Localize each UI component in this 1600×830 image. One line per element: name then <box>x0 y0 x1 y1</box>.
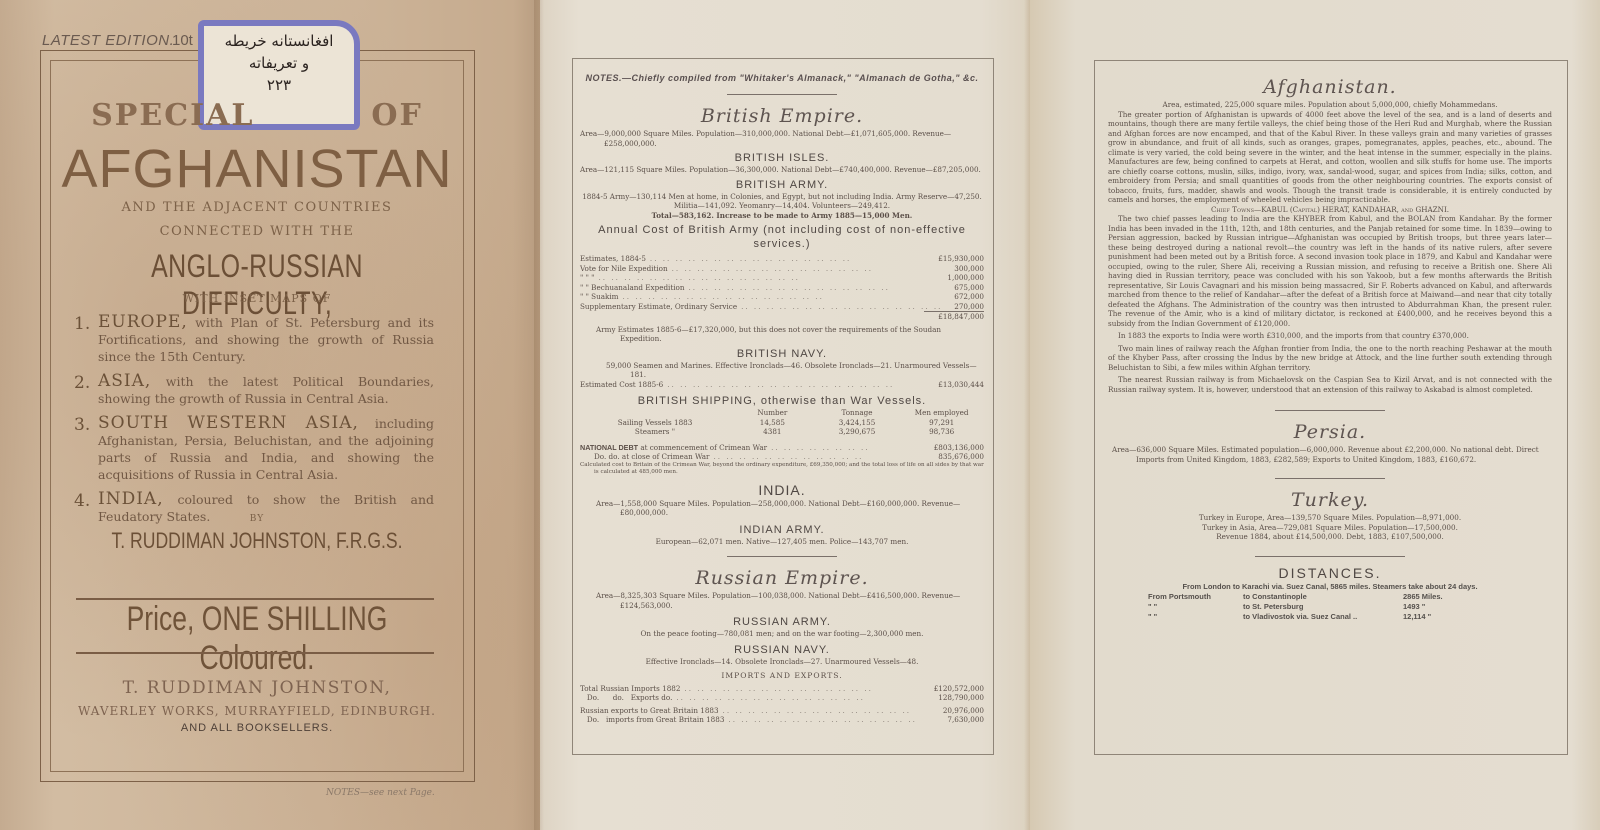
afghanistan-paragraph-2: The two chief passes leading to India ar… <box>1108 214 1552 328</box>
divider <box>1275 410 1385 411</box>
leader-dots: .. .. .. .. .. .. .. .. .. .. .. .. .. .… <box>668 264 955 274</box>
distance-from: " " <box>1148 602 1243 612</box>
countries-page: Afghanistan. Area, estimated, 225,000 sq… <box>1030 0 1600 830</box>
item-heading: EUROPE, <box>98 312 188 332</box>
publisher-name: T. RUDDIMAN JOHNSTON, <box>52 678 462 698</box>
by-label: BY <box>52 514 462 524</box>
cost-row: Vote for Nile Expedition.. .. .. .. .. .… <box>580 264 984 274</box>
leader-dots: .. .. .. .. .. .. .. .. .. .. .. .. .. .… <box>619 292 955 302</box>
debt-row: Do. do. at close of Crimean War.. .. .. … <box>580 452 984 462</box>
notes-page: NOTES.—Chiefly compiled from "Whitaker's… <box>540 0 1030 830</box>
inset-maps-list: 1. EUROPE, with Plan of St. Petersburg a… <box>74 314 434 533</box>
trade-row: Do. do. Exports do... .. .. .. .. .. .. … <box>580 693 984 703</box>
russian-navy-text: Effective Ironclads—14. Obsolete Ironcla… <box>580 657 984 667</box>
trade-row: Do. imports from Great Britain 1883.. ..… <box>580 715 984 725</box>
booksellers-line: AND ALL BOOKSELLERS. <box>52 722 462 734</box>
trade-label: Total Russian Imports 1882 <box>580 684 680 694</box>
leader-dots: .. .. .. .. .. .. .. .. <box>767 443 934 453</box>
afghanistan-stats: Area, estimated, 225,000 square miles. P… <box>1108 100 1552 110</box>
publisher-address: WAVERLEY WORKS, MURRAYFIELD, EDINBURGH. <box>52 704 462 718</box>
distance-row: From Portsmouth to Constantinople 2865 M… <box>1148 592 1552 602</box>
section-title-persia: Persia. <box>1108 419 1552 445</box>
section-title-british-navy: BRITISH NAVY. <box>580 347 984 361</box>
leader-dots: .. .. .. .. .. .. .. .. .. .. .. .. .. .… <box>663 380 938 390</box>
debt-label-bold: NATIONAL DEBT <box>580 443 638 452</box>
item-number: 1. <box>74 316 90 333</box>
debt-row: NATIONAL DEBT at commencement of Crimean… <box>580 443 984 453</box>
distance-value: 12,114 " <box>1403 612 1483 622</box>
edition-number: 10t <box>172 32 193 49</box>
divider <box>727 556 837 557</box>
leader-dots: .. .. .. .. .. .. .. .. .. .. .. .. .. .… <box>672 693 938 703</box>
distance-row: " " to St. Petersburg 1493 " <box>1148 602 1552 612</box>
distance-from: " " <box>1148 612 1243 622</box>
crimean-war-note: Calculated cost to Britain of the Crimea… <box>580 462 984 476</box>
cost-value: 300,000 <box>954 264 984 274</box>
cost-total: £18,847,000 <box>580 312 984 322</box>
british-empire-stats: Area—9,000,000 Square Miles. Population—… <box>580 129 984 148</box>
section-title-imports-exports: IMPORTS AND EXPORTS. <box>580 671 984 681</box>
cost-label: " " " <box>580 273 595 283</box>
label-line-3: ۲۲۳ <box>204 74 354 96</box>
cost-value: 672,000 <box>954 292 984 302</box>
distance-to: to Constantinople <box>1243 592 1403 602</box>
trade-value: £120,572,000 <box>934 684 984 694</box>
cover-spine-edge <box>534 0 544 830</box>
afghanistan-paragraph-4: Two main lines of railway reach the Afgh… <box>1108 344 1552 373</box>
section-title-british-empire: British Empire. <box>580 103 984 129</box>
divider <box>1255 556 1405 557</box>
item-heading: ASIA, <box>98 371 151 391</box>
countries-content: Afghanistan. Area, estimated, 225,000 sq… <box>1108 74 1552 622</box>
divider <box>727 94 837 95</box>
price-rule-bottom <box>76 652 434 654</box>
leader-dots: .. .. .. .. .. .. .. .. .. .. .. .. <box>710 452 939 462</box>
cover-author: T. RUDDIMAN JOHNSTON, F.R.G.S. <box>93 528 421 554</box>
army-estimates-note: Army Estimates 1885-6—£17,320,000, but t… <box>580 325 984 344</box>
turkey-line: Turkey in Asia, Area—729,081 Square Mile… <box>1108 523 1552 533</box>
trade-value: 7,630,000 <box>947 715 984 725</box>
distance-to: to St. Petersburg <box>1243 602 1403 612</box>
title-special-word: SPECIAL <box>91 98 254 133</box>
cell-label: Sailing Vessels 1883 <box>580 418 730 428</box>
turkey-line: Turkey in Europe, Area—139,570 Square Mi… <box>1108 513 1552 523</box>
afghanistan-paragraph-1: The greater portion of Afghanistan is up… <box>1108 110 1552 205</box>
trade-value: 20,976,000 <box>943 706 984 716</box>
col-header-men: Men employed <box>899 408 984 418</box>
section-title-india: INDIA. <box>580 482 984 499</box>
cell-men: 98,736 <box>899 427 984 437</box>
item-heading: INDIA, <box>98 489 164 509</box>
notes-next-page-pointer: NOTES—see next Page. <box>326 788 435 798</box>
leader-dots: .. .. .. .. .. .. .. .. .. .. .. .. .. .… <box>680 684 933 694</box>
shipping-table: Number Tonnage Men employed Sailing Vess… <box>580 408 984 437</box>
cost-label: Vote for Nile Expedition <box>580 264 668 274</box>
distance-row: " " to Vladivostok via. Suez Canal .. 12… <box>1148 612 1552 622</box>
distances-table: From Portsmouth to Constantinople 2865 M… <box>1108 592 1552 622</box>
cell-number: 14,585 <box>730 418 815 428</box>
col-header-tonnage: Tonnage <box>815 408 900 418</box>
section-title-russian-army: RUSSIAN ARMY. <box>580 615 984 629</box>
trade-row: Russian exports to Great Britain 1883.. … <box>580 706 984 716</box>
inset-maps-label: WITH INSET MAPS OF <box>52 292 462 305</box>
russian-empire-stats: Area—8,325,303 Square Miles. Population—… <box>580 591 984 610</box>
cover-subtitle-1: AND THE ADJACENT COUNTRIES <box>52 200 462 215</box>
label-line-2: و تعریفاته <box>204 52 354 74</box>
section-title-british-isles: BRITISH ISLES. <box>580 151 984 165</box>
india-stats: Area—1,558,000 Square Miles. Population—… <box>580 499 984 518</box>
cost-label: " " Suakim <box>580 292 619 302</box>
leader-dots: .. .. .. .. .. .. .. .. .. .. .. .. .. .… <box>595 273 948 283</box>
front-cover: LATEST EDITION. 10t افغانستانه خریطه و ت… <box>0 0 540 830</box>
distances-line-1: From London to Karachi via. Suez Canal, … <box>1108 582 1552 592</box>
inset-map-item: 3. SOUTH WESTERN ASIA, including Afghani… <box>74 415 434 483</box>
cell-men: 97,291 <box>899 418 984 428</box>
col-header <box>580 408 730 418</box>
british-isles-stats: Area—121,115 Square Miles. Population—36… <box>580 165 984 175</box>
cell-number: 4381 <box>730 427 815 437</box>
cover-main-title: AFGHANISTAN <box>52 138 462 200</box>
cost-value: £15,930,000 <box>938 254 984 264</box>
section-title-indian-army: INDIAN ARMY. <box>580 523 984 537</box>
section-title-russian-empire: Russian Empire. <box>580 565 984 591</box>
distance-to: to Vladivostok via. Suez Canal .. <box>1243 612 1403 622</box>
distance-from: From Portsmouth <box>1148 592 1243 602</box>
turkey-line: Revenue 1884, about £14,500,000. Debt, 1… <box>1108 532 1552 542</box>
leader-dots: .. .. .. .. .. .. .. .. .. .. .. .. .. .… <box>685 283 955 293</box>
item-number: 3. <box>74 417 90 434</box>
notes-content: NOTES.—Chiefly compiled from "Whitaker's… <box>580 72 984 725</box>
debt-value: 835,676,000 <box>938 452 984 462</box>
trade-label: Do. do. Exports do. <box>580 693 672 703</box>
cost-row: Supplementary Estimate, Ordinary Service… <box>580 302 984 312</box>
leader-dots: .. .. .. .. .. .. .. .. .. .. .. .. .. .… <box>719 706 943 716</box>
navy-cost-label: Estimated Cost 1885-6 <box>580 380 663 390</box>
cover-subtitle-2: CONNECTED WITH THE <box>52 224 462 239</box>
trade-label: Russian exports to Great Britain 1883 <box>580 706 719 716</box>
section-title-british-army: BRITISH ARMY. <box>580 178 984 192</box>
section-title-turkey: Turkey. <box>1108 487 1552 513</box>
afghanistan-chief-towns: Chief Towns—KABUL (Capital) HERAT, KANDA… <box>1108 205 1552 215</box>
item-number: 4. <box>74 493 90 510</box>
russian-army-text: On the peace footing—780,081 men; and on… <box>580 629 984 639</box>
item-number: 2. <box>74 375 90 392</box>
cost-row: " " ".. .. .. .. .. .. .. .. .. .. .. ..… <box>580 273 984 283</box>
cost-value: 270,000 <box>954 302 984 312</box>
inset-map-item: 1. EUROPE, with Plan of St. Petersburg a… <box>74 314 434 365</box>
cell-tonnage: 3,424,155 <box>815 418 900 428</box>
section-title-distances: DISTANCES. <box>1108 565 1552 582</box>
trade-value: 128,790,000 <box>938 693 984 703</box>
col-header-number: Number <box>730 408 815 418</box>
trade-table: Total Russian Imports 1882.. .. .. .. ..… <box>580 684 984 725</box>
trade-row: Total Russian Imports 1882.. .. .. .. ..… <box>580 684 984 694</box>
navy-cost-row: Estimated Cost 1885-6.. .. .. .. .. .. .… <box>580 380 984 390</box>
title-of-word: OF <box>371 98 422 133</box>
leader-dots: .. .. .. .. .. .. .. .. .. .. .. .. .. .… <box>737 302 954 312</box>
cost-row: " " Suakim.. .. .. .. .. .. .. .. .. .. … <box>580 292 984 302</box>
cover-price: Price, ONE SHILLING Coloured. <box>97 600 417 678</box>
cell-label: Steamers " <box>580 427 730 437</box>
debt-label: Do. do. at close of Crimean War <box>580 452 710 462</box>
british-army-total: Total—583,162. Increase to be made to Ar… <box>580 211 984 221</box>
cost-value: 675,000 <box>954 283 984 293</box>
persia-stats: Area—636,000 Square Miles. Estimated pop… <box>1108 445 1552 464</box>
leader-dots: .. .. .. .. .. .. .. .. .. .. .. .. .. .… <box>646 254 938 264</box>
distance-value: 1493 " <box>1403 602 1483 612</box>
label-line-1: افغانستانه خریطه <box>204 30 354 52</box>
section-title-russian-navy: RUSSIAN NAVY. <box>580 643 984 657</box>
afghanistan-paragraph-3: In 1883 the exports to India were worth … <box>1108 331 1552 341</box>
trade-label: Do. imports from Great Britain 1883 <box>580 715 724 725</box>
indian-army-text: European—62,071 men. Native—127,405 men.… <box>580 537 984 547</box>
british-navy-text: 59,000 Seamen and Marines. Effective Iro… <box>580 361 984 380</box>
cost-label: Estimates, 1884-5 <box>580 254 646 264</box>
title-line-special: SPECIAL OF <box>52 98 462 133</box>
cost-value: 1,000,000 <box>947 273 984 283</box>
item-heading: SOUTH WESTERN ASIA, <box>98 413 359 433</box>
inset-map-item: 2. ASIA, with the latest Political Bound… <box>74 373 434 407</box>
afghanistan-paragraph-5: The nearest Russian railway is from Mich… <box>1108 375 1552 394</box>
cover-subject: ANGLO-RUSSIAN DIFFICULTY, <box>97 248 417 322</box>
british-army-text: 1884-5 Army—130,114 Men at home, in Colo… <box>580 192 984 211</box>
section-title-afghanistan: Afghanistan. <box>1108 74 1552 100</box>
cost-label: Supplementary Estimate, Ordinary Service <box>580 302 737 312</box>
army-cost-table: Estimates, 1884-5.. .. .. .. .. .. .. ..… <box>580 254 984 322</box>
section-title-army-cost: Annual Cost of British Army (not includi… <box>580 223 984 251</box>
cost-label: " " Bechuanaland Expedition <box>580 283 685 293</box>
distance-value: 2865 Miles. <box>1403 592 1483 602</box>
leader-dots: .. .. .. .. .. .. .. .. .. .. .. .. .. .… <box>724 715 947 725</box>
navy-cost-value: £13,030,444 <box>938 380 984 390</box>
edition-label: LATEST EDITION. <box>42 32 174 49</box>
debt-value: £803,136,000 <box>934 443 984 453</box>
divider <box>1275 478 1385 479</box>
cost-row: Estimates, 1884-5.. .. .. .. .. .. .. ..… <box>580 254 984 264</box>
section-title-shipping: BRITISH SHIPPING, otherwise than War Ves… <box>580 394 984 408</box>
cost-row: " " Bechuanaland Expedition.. .. .. .. .… <box>580 283 984 293</box>
cell-tonnage: 3,290,675 <box>815 427 900 437</box>
debt-label: at commencement of Crimean War <box>640 443 767 452</box>
notes-header: NOTES.—Chiefly compiled from "Whitaker's… <box>580 72 984 84</box>
